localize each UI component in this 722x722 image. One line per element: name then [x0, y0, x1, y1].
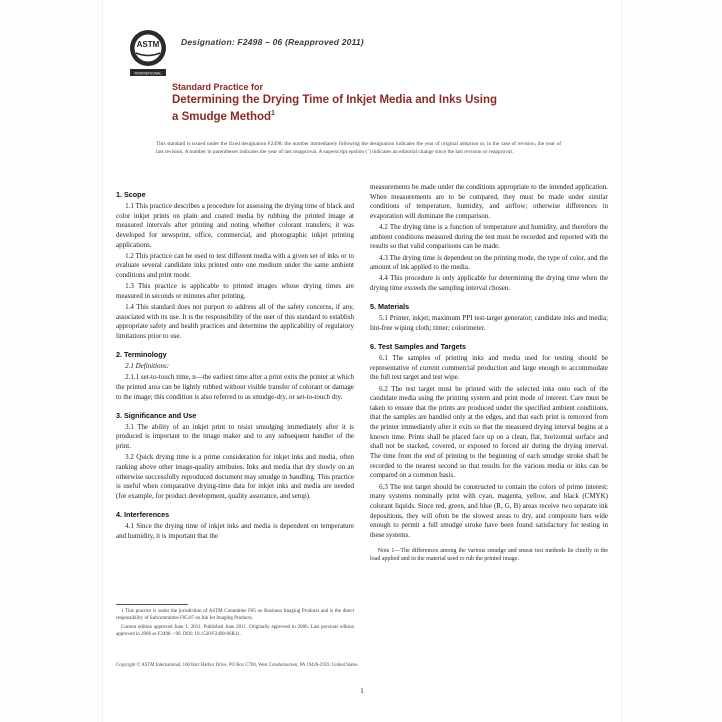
section-heading-terminology: 2. Terminology	[116, 350, 354, 359]
footnote-2: Current edition approved June 1, 2011. P…	[116, 624, 354, 639]
section-heading-materials: 5. Materials	[370, 302, 608, 311]
footnote-block: 1 This practice is under the jurisdictio…	[116, 604, 354, 640]
page-sheet: ASTM INTERNATIONAL Designation: F2498 – …	[102, 0, 622, 722]
footnote-1: 1 This practice is under the jurisdictio…	[116, 608, 354, 623]
standard-title-block: Standard Practice for Determining the Dr…	[172, 82, 572, 124]
paragraph-6-2: 6.2 The test target must be printed with…	[370, 385, 608, 482]
copyright-line: Copyright © ASTM International, 100 Barr…	[116, 663, 608, 668]
section-heading-significance: 3. Significance and Use	[116, 411, 354, 420]
section-heading-scope: 1. Scope	[116, 190, 354, 199]
paragraph-6-3: 6.3 The test target should be constructe…	[370, 483, 608, 541]
paragraph-1-2: 1.2 This practice can be used to test di…	[116, 252, 354, 281]
paragraph-5-1: 5.1 Printer, inkjet; maximum PPI test-ta…	[370, 314, 608, 333]
section-heading-test-samples: 6. Test Samples and Targets	[370, 342, 608, 351]
footnote-divider	[116, 604, 188, 605]
title-footnote-marker: 1	[271, 110, 275, 117]
document-page: ASTM INTERNATIONAL Designation: F2498 – …	[0, 0, 722, 722]
designation-text: Designation: F2498 – 06 (Reapproved 2011…	[181, 37, 364, 47]
page-title-line2: a Smudge Method1	[172, 107, 572, 124]
section-heading-interferences: 4. Interferences	[116, 510, 354, 519]
issuance-note: This standard is issued under the fixed …	[156, 140, 561, 156]
paragraph-1-4: 1.4 This standard does not purport to ad…	[116, 303, 354, 342]
paragraph-2-1-1: 2.1.1 set-to-touch time, n—the earliest …	[116, 373, 354, 402]
paragraph-4-4: 4.4 This procedure is only applicable fo…	[370, 274, 608, 293]
paragraph-4-1: 4.1 Since the drying time of inkjet inks…	[116, 522, 354, 541]
logo-acronym: ASTM	[137, 40, 160, 49]
left-column: 1. Scope 1.1 This practice describes a p…	[116, 183, 354, 640]
page-title-line1: Determining the Drying Time of Inkjet Me…	[172, 94, 572, 107]
paragraph-3-2: 3.2 Quick drying time is a prime conside…	[116, 453, 354, 501]
logo-subtitle: INTERNATIONAL	[135, 71, 162, 75]
two-column-body: 1. Scope 1.1 This practice describes a p…	[116, 183, 608, 640]
paragraph-6-1: 6.1 The samples of printing inks and med…	[370, 354, 608, 383]
page-number: 1	[103, 686, 621, 695]
astm-logo-icon: ASTM INTERNATIONAL	[127, 27, 169, 79]
paragraph-2-1: 2.1 Definitions:	[116, 362, 354, 372]
right-column: measurements be made under the condition…	[370, 183, 608, 640]
paragraph-3-1: 3.1 The ability of an inkjet print to re…	[116, 423, 354, 452]
paragraph-4-3: 4.3 The drying time is dependent on the …	[370, 254, 608, 273]
title-kicker: Standard Practice for	[172, 82, 572, 93]
paragraph-4-2: 4.2 The drying time is a function of tem…	[370, 223, 608, 252]
note-1: Note 1—The differences among the various…	[370, 547, 608, 564]
title-text: a Smudge Method	[172, 111, 271, 123]
paragraph-1-1: 1.1 This practice describes a procedure …	[116, 202, 354, 250]
paragraph-1-3: 1.3 This practice is applicable to print…	[116, 282, 354, 301]
paragraph-4-1-continued: measurements be made under the condition…	[370, 183, 608, 222]
